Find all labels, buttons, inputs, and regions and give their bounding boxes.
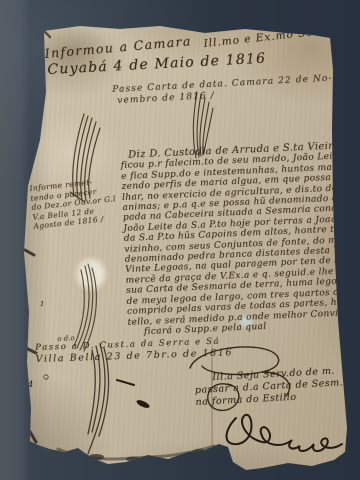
photo-stage: Informou a Camara Ill.mo e Ex.mo Senhor …	[0, 0, 360, 480]
signature-flourish	[227, 415, 343, 451]
margin-note: Informe remet- tendo o parecer do Dez.or…	[29, 175, 118, 232]
white-repair-spot	[73, 255, 109, 293]
ink-blot-marks	[44, 375, 151, 410]
manuscript-sheet: Informou a Camara Ill.mo e Ex.mo Senhor …	[0, 0, 360, 480]
petition-body: Diz D. Custodia de Arruda e S.ta Vieira,…	[120, 139, 360, 338]
header-dispatch-line1: Passe Carta de data. Camara 22 de No-	[112, 73, 333, 95]
margin-number-1: 1	[40, 300, 44, 308]
decision-note: Ill.a Seja Serv.do de m. passar a d.a Ca…	[194, 365, 350, 409]
